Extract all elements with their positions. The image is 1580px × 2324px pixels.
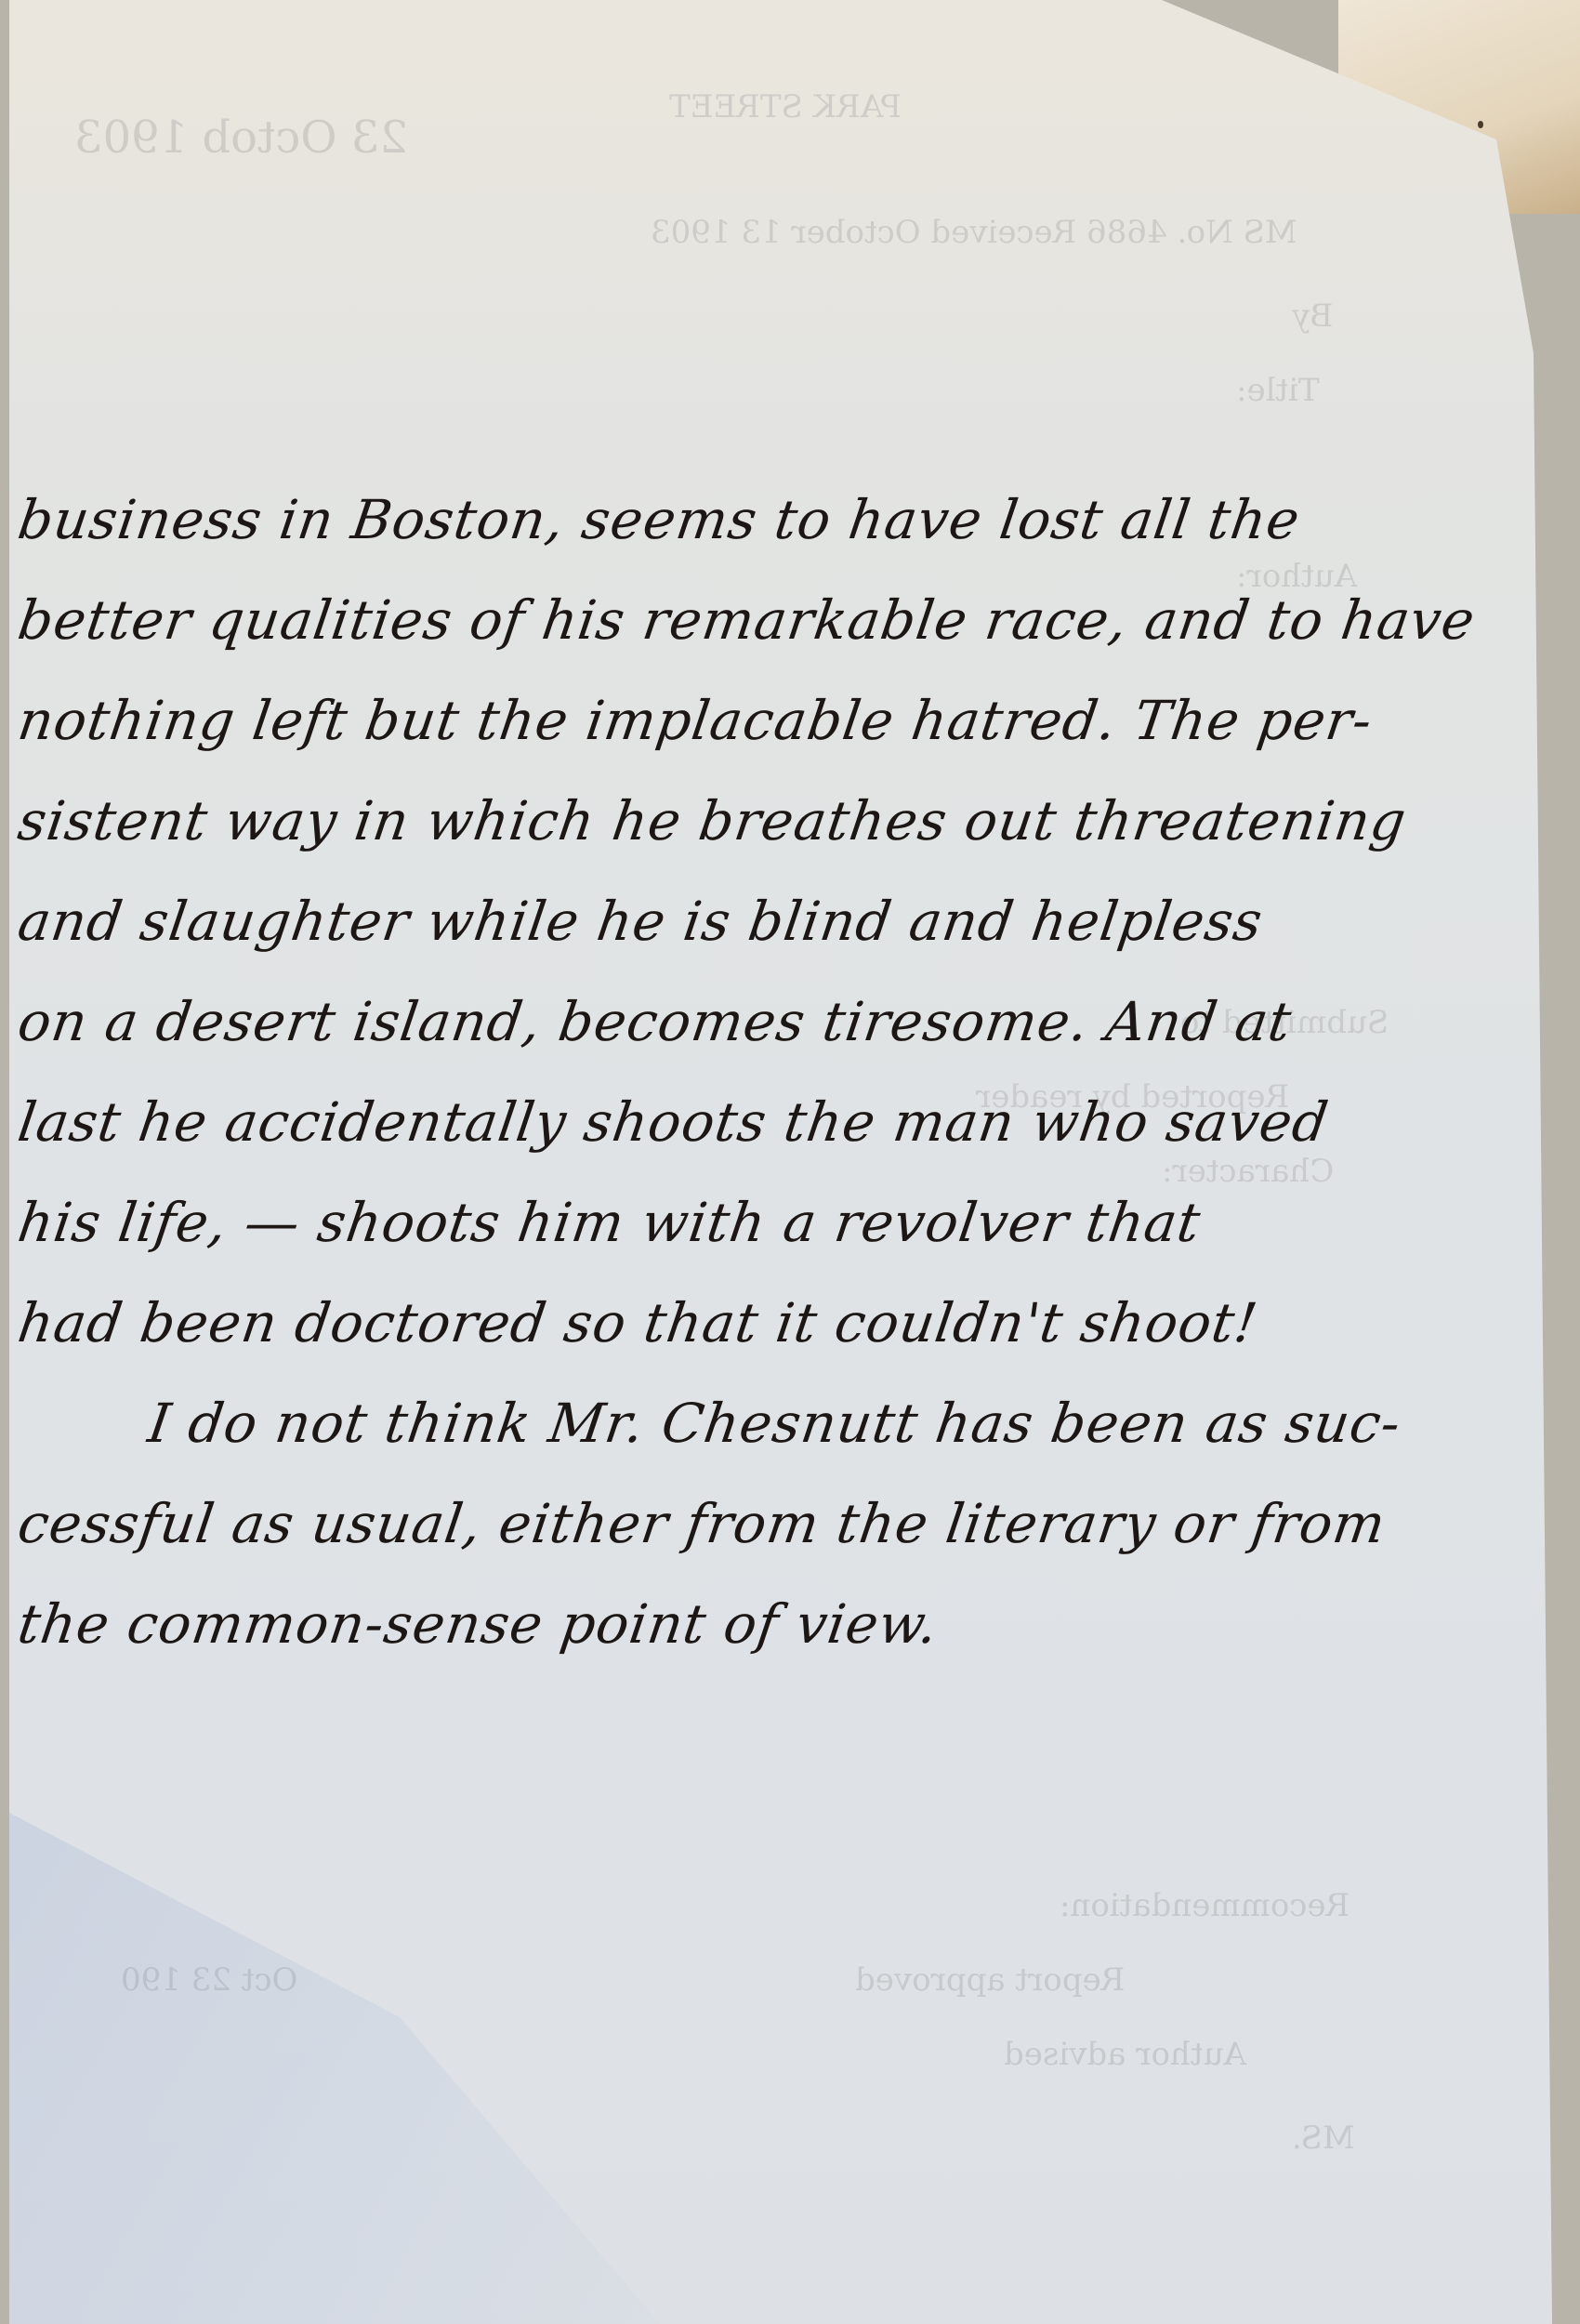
show-through-author-advised: Author advised xyxy=(1004,2036,1246,2073)
show-through-park-street: PARK STREET xyxy=(669,88,902,125)
show-through-oct-date: Oct 23 190 xyxy=(121,1961,297,1999)
show-through-recommendation: Recommendation: xyxy=(1060,1887,1350,1924)
handwriting-line: on a desert island, becomes tiresome. An… xyxy=(11,971,1549,1072)
handwritten-report-text: business in Boston, seems to have lost a… xyxy=(19,469,1543,1674)
handwriting-line: cessful as usual, either from the litera… xyxy=(11,1473,1549,1574)
handwriting-line: sistent way in which he breathes out thr… xyxy=(11,771,1549,871)
handwriting-line: nothing left but the implacable hatred. … xyxy=(11,670,1549,771)
show-through-by: By xyxy=(1292,297,1333,335)
show-through-ms: MS. xyxy=(1292,2119,1355,2157)
handwriting-paragraph-start: I do not think Mr. Chesnutt has been as … xyxy=(11,1373,1549,1473)
show-through-date: 23 Octob 1903 xyxy=(74,112,408,164)
show-through-report-approved: Report approved xyxy=(855,1961,1125,1999)
handwriting-line: the common-sense point of view. xyxy=(11,1574,1549,1674)
ink-speck xyxy=(1478,121,1483,128)
handwriting-line: better qualities of his remarkable race,… xyxy=(11,570,1549,670)
handwriting-line: business in Boston, seems to have lost a… xyxy=(11,469,1549,570)
handwriting-line: had been doctored so that it couldn't sh… xyxy=(11,1273,1549,1373)
show-through-ms-no: MS No. 4686 Received October 13 1903 xyxy=(651,214,1297,251)
show-through-title: Title: xyxy=(1236,372,1320,409)
handwriting-line: and slaughter while he is blind and help… xyxy=(11,871,1549,971)
handwriting-line: his life, — shoots him with a revolver t… xyxy=(11,1172,1549,1273)
handwriting-line: last he accidentally shoots the man who … xyxy=(11,1072,1549,1172)
